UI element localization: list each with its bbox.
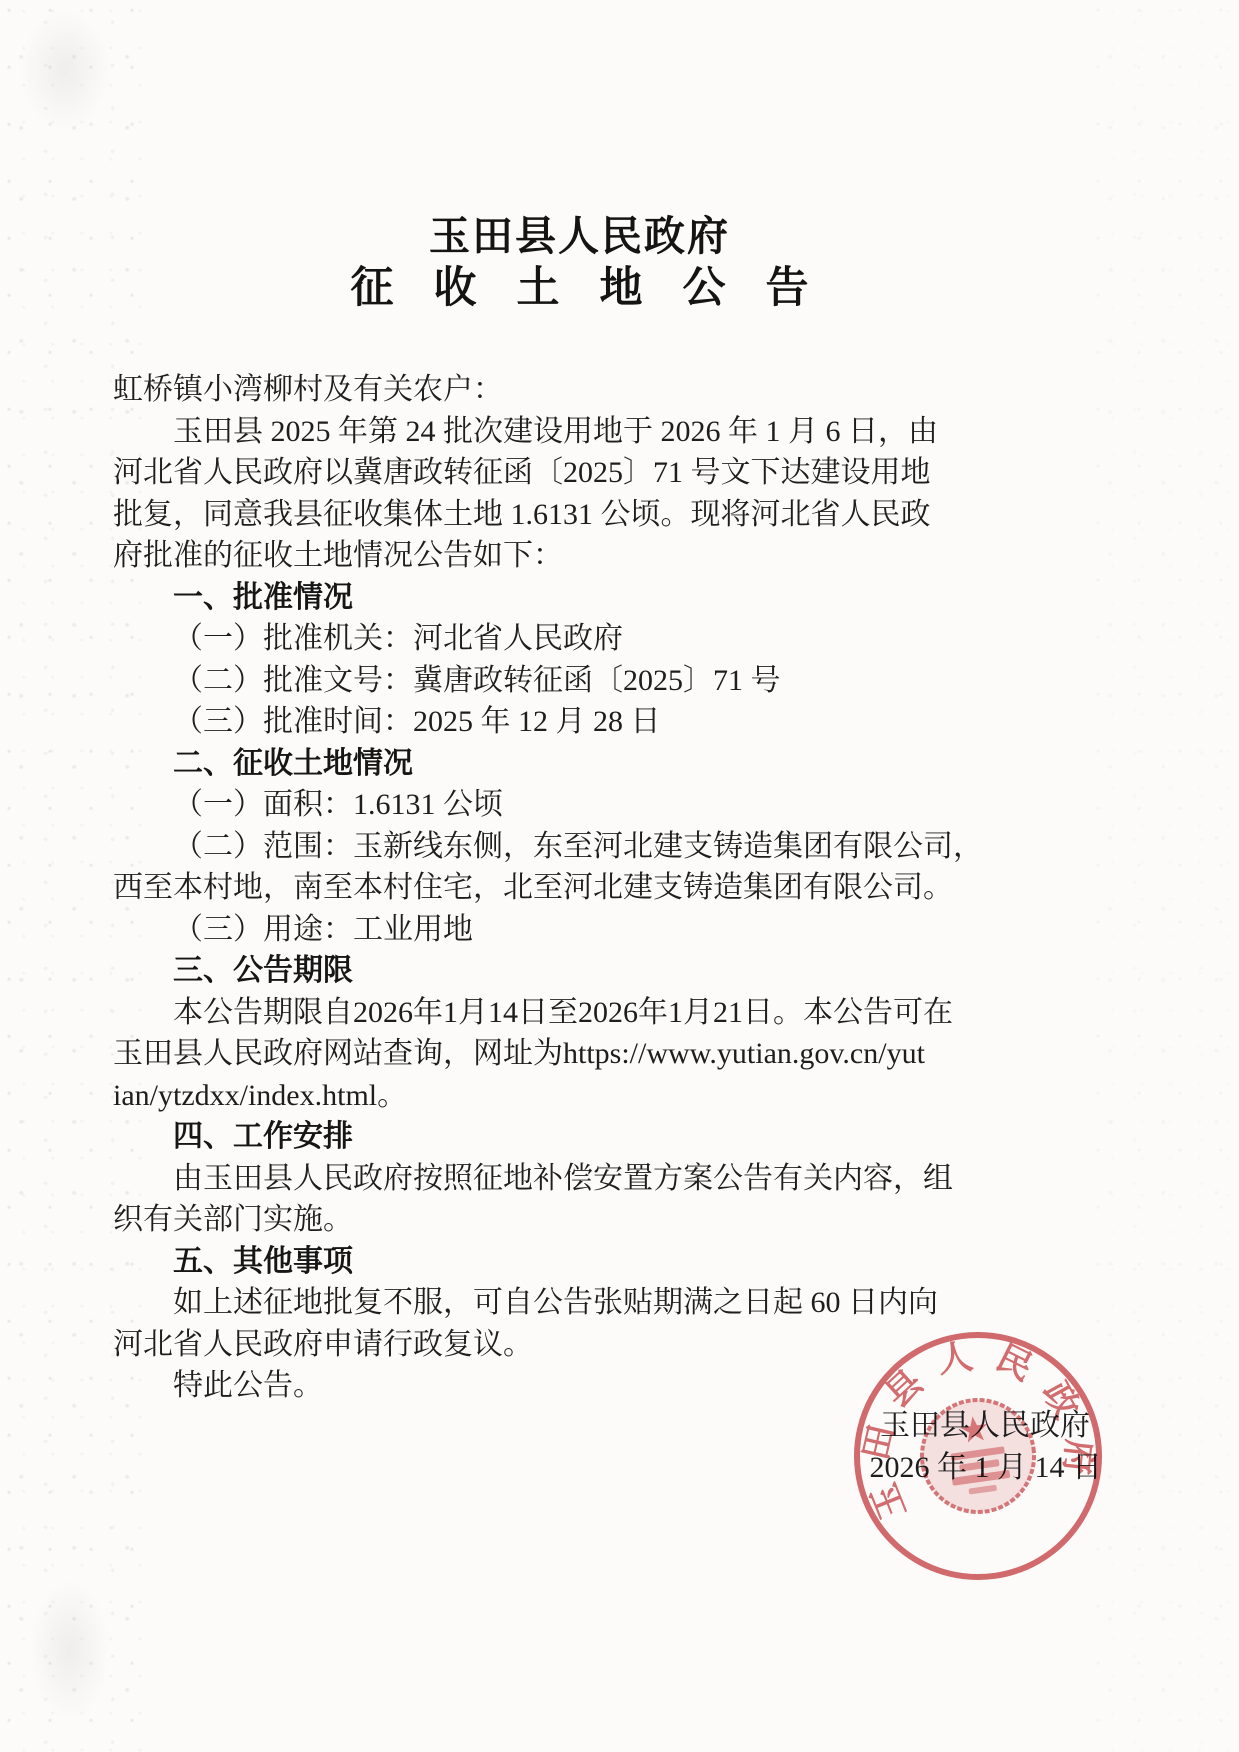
seal-emblem xyxy=(915,1393,1041,1519)
paragraph-line: 玉田县 2025 年第 24 批次建设用地于 2026 年 1 月 6 日，由 xyxy=(113,411,1129,453)
title-line-government: 玉田县人民政府 xyxy=(0,212,1199,260)
scan-smudge xyxy=(20,10,110,130)
list-item: （二）批准文号：冀唐政转征函〔2025〕71 号 xyxy=(113,660,1129,702)
section-heading-4: 四、工作安排 xyxy=(113,1116,1129,1158)
official-seal: 玉田县人民政府 xyxy=(846,1324,1110,1588)
paragraph-line: 织有关部门实施。 xyxy=(113,1199,1129,1241)
section-heading-2: 二、征收土地情况 xyxy=(113,743,1129,785)
list-item: （一）面积：1.6131 公顷 xyxy=(113,784,1129,826)
title-line-notice: 征收土地公告 xyxy=(0,263,1199,313)
paragraph-line: 如上述征地批复不服，可自公告张贴期满之日起 60 日内向 xyxy=(113,1282,1129,1324)
paragraph-line: 府批准的征收土地情况公告如下： xyxy=(113,535,1129,577)
section-heading-5: 五、其他事项 xyxy=(113,1241,1129,1283)
paragraph-line: 批复，同意我县征收集体土地 1.6131 公顷。现将河北省人民政 xyxy=(113,494,1129,536)
paragraph-line-url: ian/ytzdxx/index.html。 xyxy=(113,1075,1129,1117)
salutation-line: 虹桥镇小湾柳村及有关农户： xyxy=(113,369,1129,411)
paragraph-line: 本公告期限自2026年1月14日至2026年1月21日。本公告可在 xyxy=(113,992,1129,1034)
document-title: 玉田县人民政府 征收土地公告 xyxy=(0,212,1199,313)
scan-smudge xyxy=(30,1580,110,1720)
scanned-notice-page: 玉田县人民政府 征收土地公告 虹桥镇小湾柳村及有关农户： 玉田县 2025 年第… xyxy=(0,0,1239,1752)
section-heading-3: 三、公告期限 xyxy=(113,950,1129,992)
list-item-continued: 西至本村地，南至本村住宅，北至河北建支铸造集团有限公司。 xyxy=(113,867,1129,909)
paragraph-line: 河北省人民政府以冀唐政转征函〔2025〕71 号文下达建设用地 xyxy=(113,452,1129,494)
list-item: （三）用途：工业用地 xyxy=(113,909,1129,951)
list-item: （一）批准机关：河北省人民政府 xyxy=(113,618,1129,660)
list-item: （二）范围：玉新线东侧，东至河北建支铸造集团有限公司， xyxy=(113,826,1129,868)
section-heading-1: 一、批准情况 xyxy=(113,577,1129,619)
paragraph-line: 由玉田县人民政府按照征地补偿安置方案公告有关内容，组 xyxy=(113,1158,1129,1200)
paragraph-line-url: 玉田县人民政府网站查询，网址为https://www.yutian.gov.cn… xyxy=(113,1033,1129,1075)
document-body: 虹桥镇小湾柳村及有关农户： 玉田县 2025 年第 24 批次建设用地于 202… xyxy=(113,369,1129,1407)
list-item: （三）批准时间：2025 年 12 月 28 日 xyxy=(113,701,1129,743)
